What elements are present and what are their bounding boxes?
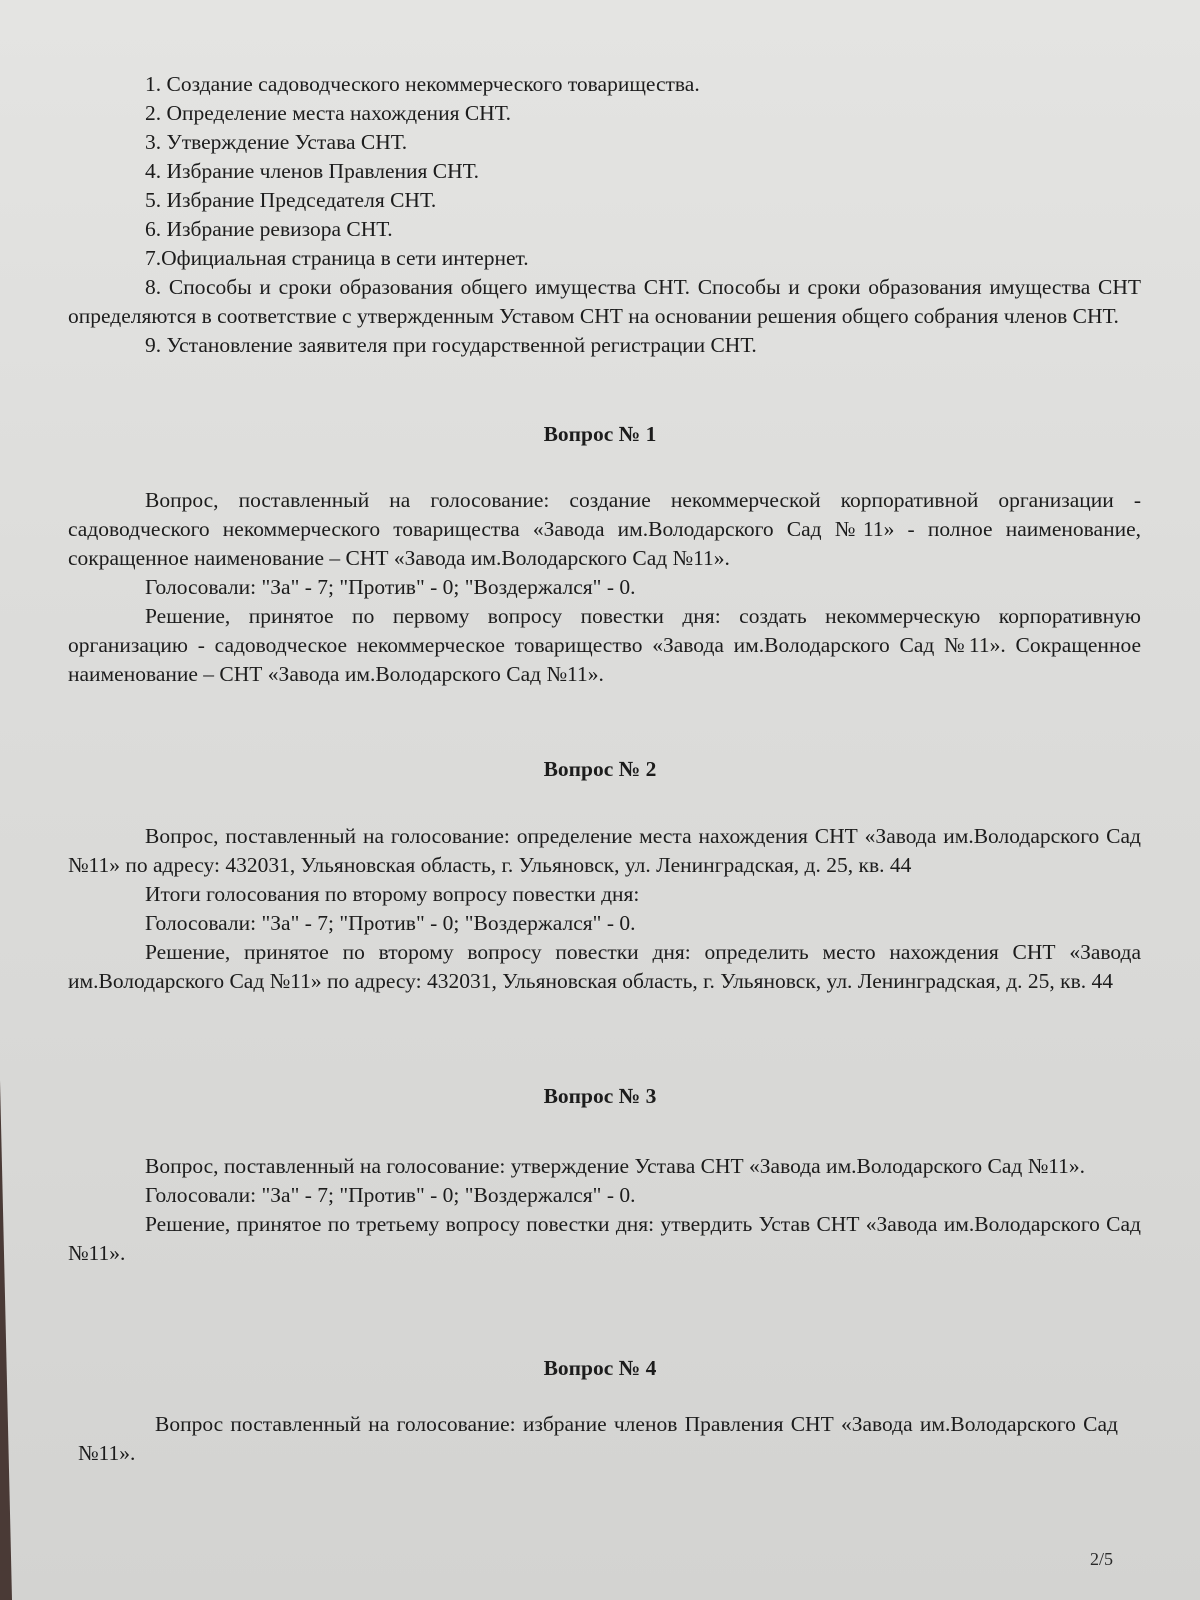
agenda-item: 4. Избрание членов Правления СНТ. — [68, 157, 1141, 186]
document-page: 1. Создание садоводческого некоммерческо… — [0, 0, 1200, 1600]
vote-summary-label: Итоги голосования по второму вопросу пов… — [68, 880, 1141, 909]
agenda-item: 2. Определение места нахождения СНТ. — [68, 99, 1141, 128]
question-1-body: Вопрос, поставленный на голосование: соз… — [68, 486, 1141, 689]
agenda-item: 8. Способы и сроки образования общего им… — [68, 273, 1141, 331]
question-text: Вопрос, поставленный на голосование: соз… — [68, 486, 1141, 573]
question-2-heading: Вопрос № 2 — [0, 755, 1200, 784]
question-3-body: Вопрос, поставленный на голосование: утв… — [68, 1152, 1141, 1268]
page-number: 2/5 — [1090, 1545, 1113, 1574]
question-text: Вопрос, поставленный на голосование: утв… — [68, 1152, 1141, 1181]
agenda-item: 9. Установление заявителя при государств… — [68, 331, 1141, 360]
agenda-item: 3. Утверждение Устава СНТ. — [68, 128, 1141, 157]
question-3-heading: Вопрос № 3 — [0, 1082, 1200, 1111]
decision-text: Решение, принятое по третьему вопросу по… — [68, 1210, 1141, 1268]
agenda-item: 6. Избрание ревизора СНТ. — [68, 215, 1141, 244]
agenda-list: 1. Создание садоводческого некоммерческо… — [68, 70, 1141, 360]
vote-result: Голосовали: "За" - 7; "Против" - 0; "Воз… — [68, 573, 1141, 602]
question-text: Вопрос поставленный на голосование: избр… — [78, 1410, 1118, 1468]
question-1-heading: Вопрос № 1 — [0, 420, 1200, 449]
question-text: Вопрос, поставленный на голосование: опр… — [68, 822, 1141, 880]
vote-result: Голосовали: "За" - 7; "Против" - 0; "Воз… — [68, 1181, 1141, 1210]
decision-text: Решение, принятое по второму вопросу пов… — [68, 938, 1141, 996]
question-4-heading: Вопрос № 4 — [0, 1354, 1200, 1383]
decision-text: Решение, принятое по первому вопросу пов… — [68, 602, 1141, 689]
question-2-body: Вопрос, поставленный на голосование: опр… — [68, 822, 1141, 996]
question-4-body: Вопрос поставленный на голосование: избр… — [78, 1410, 1118, 1468]
vote-result: Голосовали: "За" - 7; "Против" - 0; "Воз… — [68, 909, 1141, 938]
agenda-item: 7.Официальная страница в сети интернет. — [68, 244, 1141, 273]
agenda-item: 1. Создание садоводческого некоммерческо… — [68, 70, 1141, 99]
agenda-item: 5. Избрание Председателя СНТ. — [68, 186, 1141, 215]
document-photo: 1. Создание садоводческого некоммерческо… — [0, 0, 1200, 1600]
